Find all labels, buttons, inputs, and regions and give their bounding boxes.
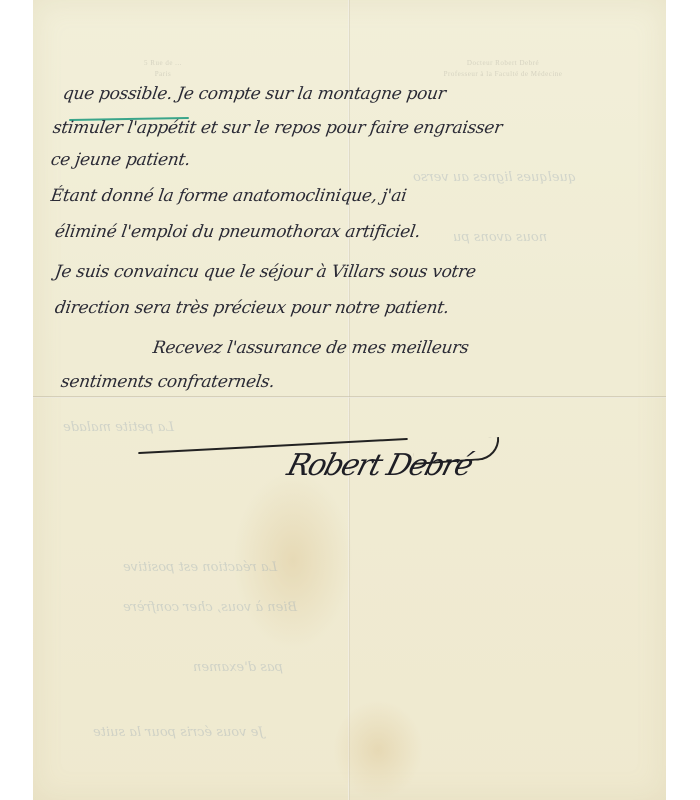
letterhead-line: Docteur Robert Debré xyxy=(393,58,613,69)
letterhead-address: 5 Rue de ... Paris xyxy=(88,58,238,80)
bleed-through-text: La réaction est positive xyxy=(123,560,277,575)
bleed-through-text: Je vous écris pour la suite xyxy=(93,725,264,740)
bleed-through-text: La petite malade xyxy=(63,420,174,435)
bleed-through-text: nous avons pu xyxy=(453,230,547,245)
letter-line: stimuler l'appétit et sur le repos pour … xyxy=(52,118,504,138)
signature: Robert Debré xyxy=(283,448,475,483)
letterhead-line: Paris xyxy=(88,69,238,80)
bleed-through-text: pas d'examen xyxy=(193,660,283,675)
letter-line: éliminé l'emploi du pneumothorax artific… xyxy=(54,222,422,242)
letter-paper: 5 Rue de ... Paris Docteur Robert Debré … xyxy=(33,0,666,800)
letter-line: Étant donné la forme anatomoclinique, j'… xyxy=(50,186,408,206)
letterhead-line: Professeur à la Faculté de Médecine xyxy=(393,69,613,80)
letterhead-name: Docteur Robert Debré Professeur à la Fac… xyxy=(393,58,613,80)
closing-line: Recevez l'assurance de mes meilleurs xyxy=(152,338,470,358)
letter-line: que possible. Je compte sur la montagne … xyxy=(62,84,447,104)
letter-line: ce jeune patient. xyxy=(50,150,192,170)
letter-line: direction sera très précieux pour notre … xyxy=(54,298,451,318)
horizontal-fold-line xyxy=(33,396,666,398)
paper-stain xyxy=(333,700,423,800)
bleed-through-text: Bien à vous, cher confrère xyxy=(123,600,297,615)
letter-line: Je suis convaincu que le séjour à Villar… xyxy=(54,262,478,282)
bleed-through-text: quelques lignes au verso xyxy=(413,170,576,185)
letterhead-line: 5 Rue de ... xyxy=(88,58,238,69)
closing-line: sentiments confraternels. xyxy=(60,372,276,392)
